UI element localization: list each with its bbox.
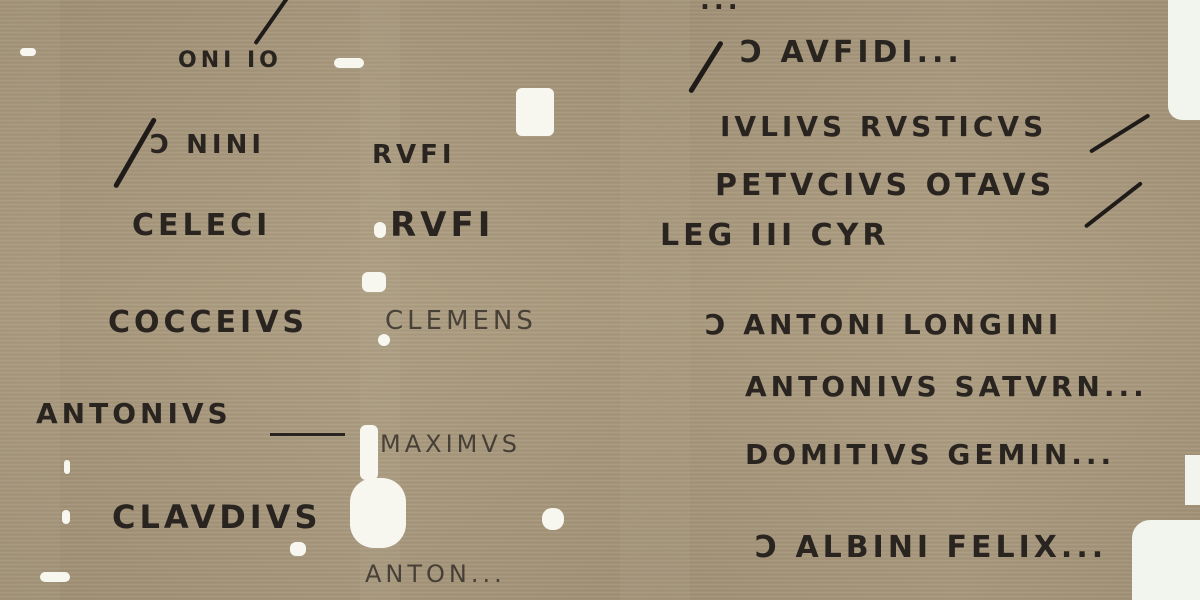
text-line: RVFI [372,140,456,170]
text-line: COCCEIVS [108,305,308,340]
text-line: ɔ ALBINI FELIX... [755,530,1107,565]
text-line: PETVCIVS OTAVS [715,168,1055,203]
papyrus-fiber-strip [0,0,60,600]
hole [290,542,306,556]
text-line: ɔ ANTONI LONGINI [705,308,1062,341]
papyrus-fragment: ONI IO ɔ NINI CELECI COCCEIVS ANTONIVS C… [0,0,1200,600]
text-line: CLEMENS [385,306,537,336]
hole [64,460,70,474]
hole [62,510,70,524]
text-line: ONI IO [178,48,282,73]
text-line: DOMITIVS GEMIN... [745,438,1115,471]
hole [516,88,554,136]
torn-edge-bottom-right [1132,520,1200,600]
hole [362,272,386,292]
text-line: CLAVDIVS [112,498,322,536]
text-line: IVLIVS RVSTICVS [720,110,1047,143]
text-line: ANTONIVS SATVRN... [745,370,1148,403]
torn-edge-top-right [1168,0,1200,120]
ink-rule [270,433,345,436]
text-line: ɔ NINI [150,130,265,160]
text-line: CELECI [132,208,271,243]
text-line: ANTON... [365,560,506,588]
hole [350,478,406,548]
ink-stroke [1084,181,1143,228]
text-line: ... [700,0,742,16]
hole [40,572,70,582]
text-line: MAXIMVS [380,430,521,458]
hole [334,58,364,68]
ink-stroke [1089,113,1150,153]
text-line: LEG III CYR [660,218,889,253]
ink-stroke [253,0,291,45]
hole [360,425,378,480]
hole [20,48,36,56]
hole [374,222,386,238]
torn-edge-right-notch [1185,455,1200,505]
centurial-sign-icon [688,40,724,94]
papyrus-fiber-strip [620,0,690,600]
text-line: ANTONIVS [36,397,232,430]
text-line: ɔ AVFIDI... [740,35,963,70]
hole [542,508,564,530]
text-line: RVFI [390,205,494,245]
